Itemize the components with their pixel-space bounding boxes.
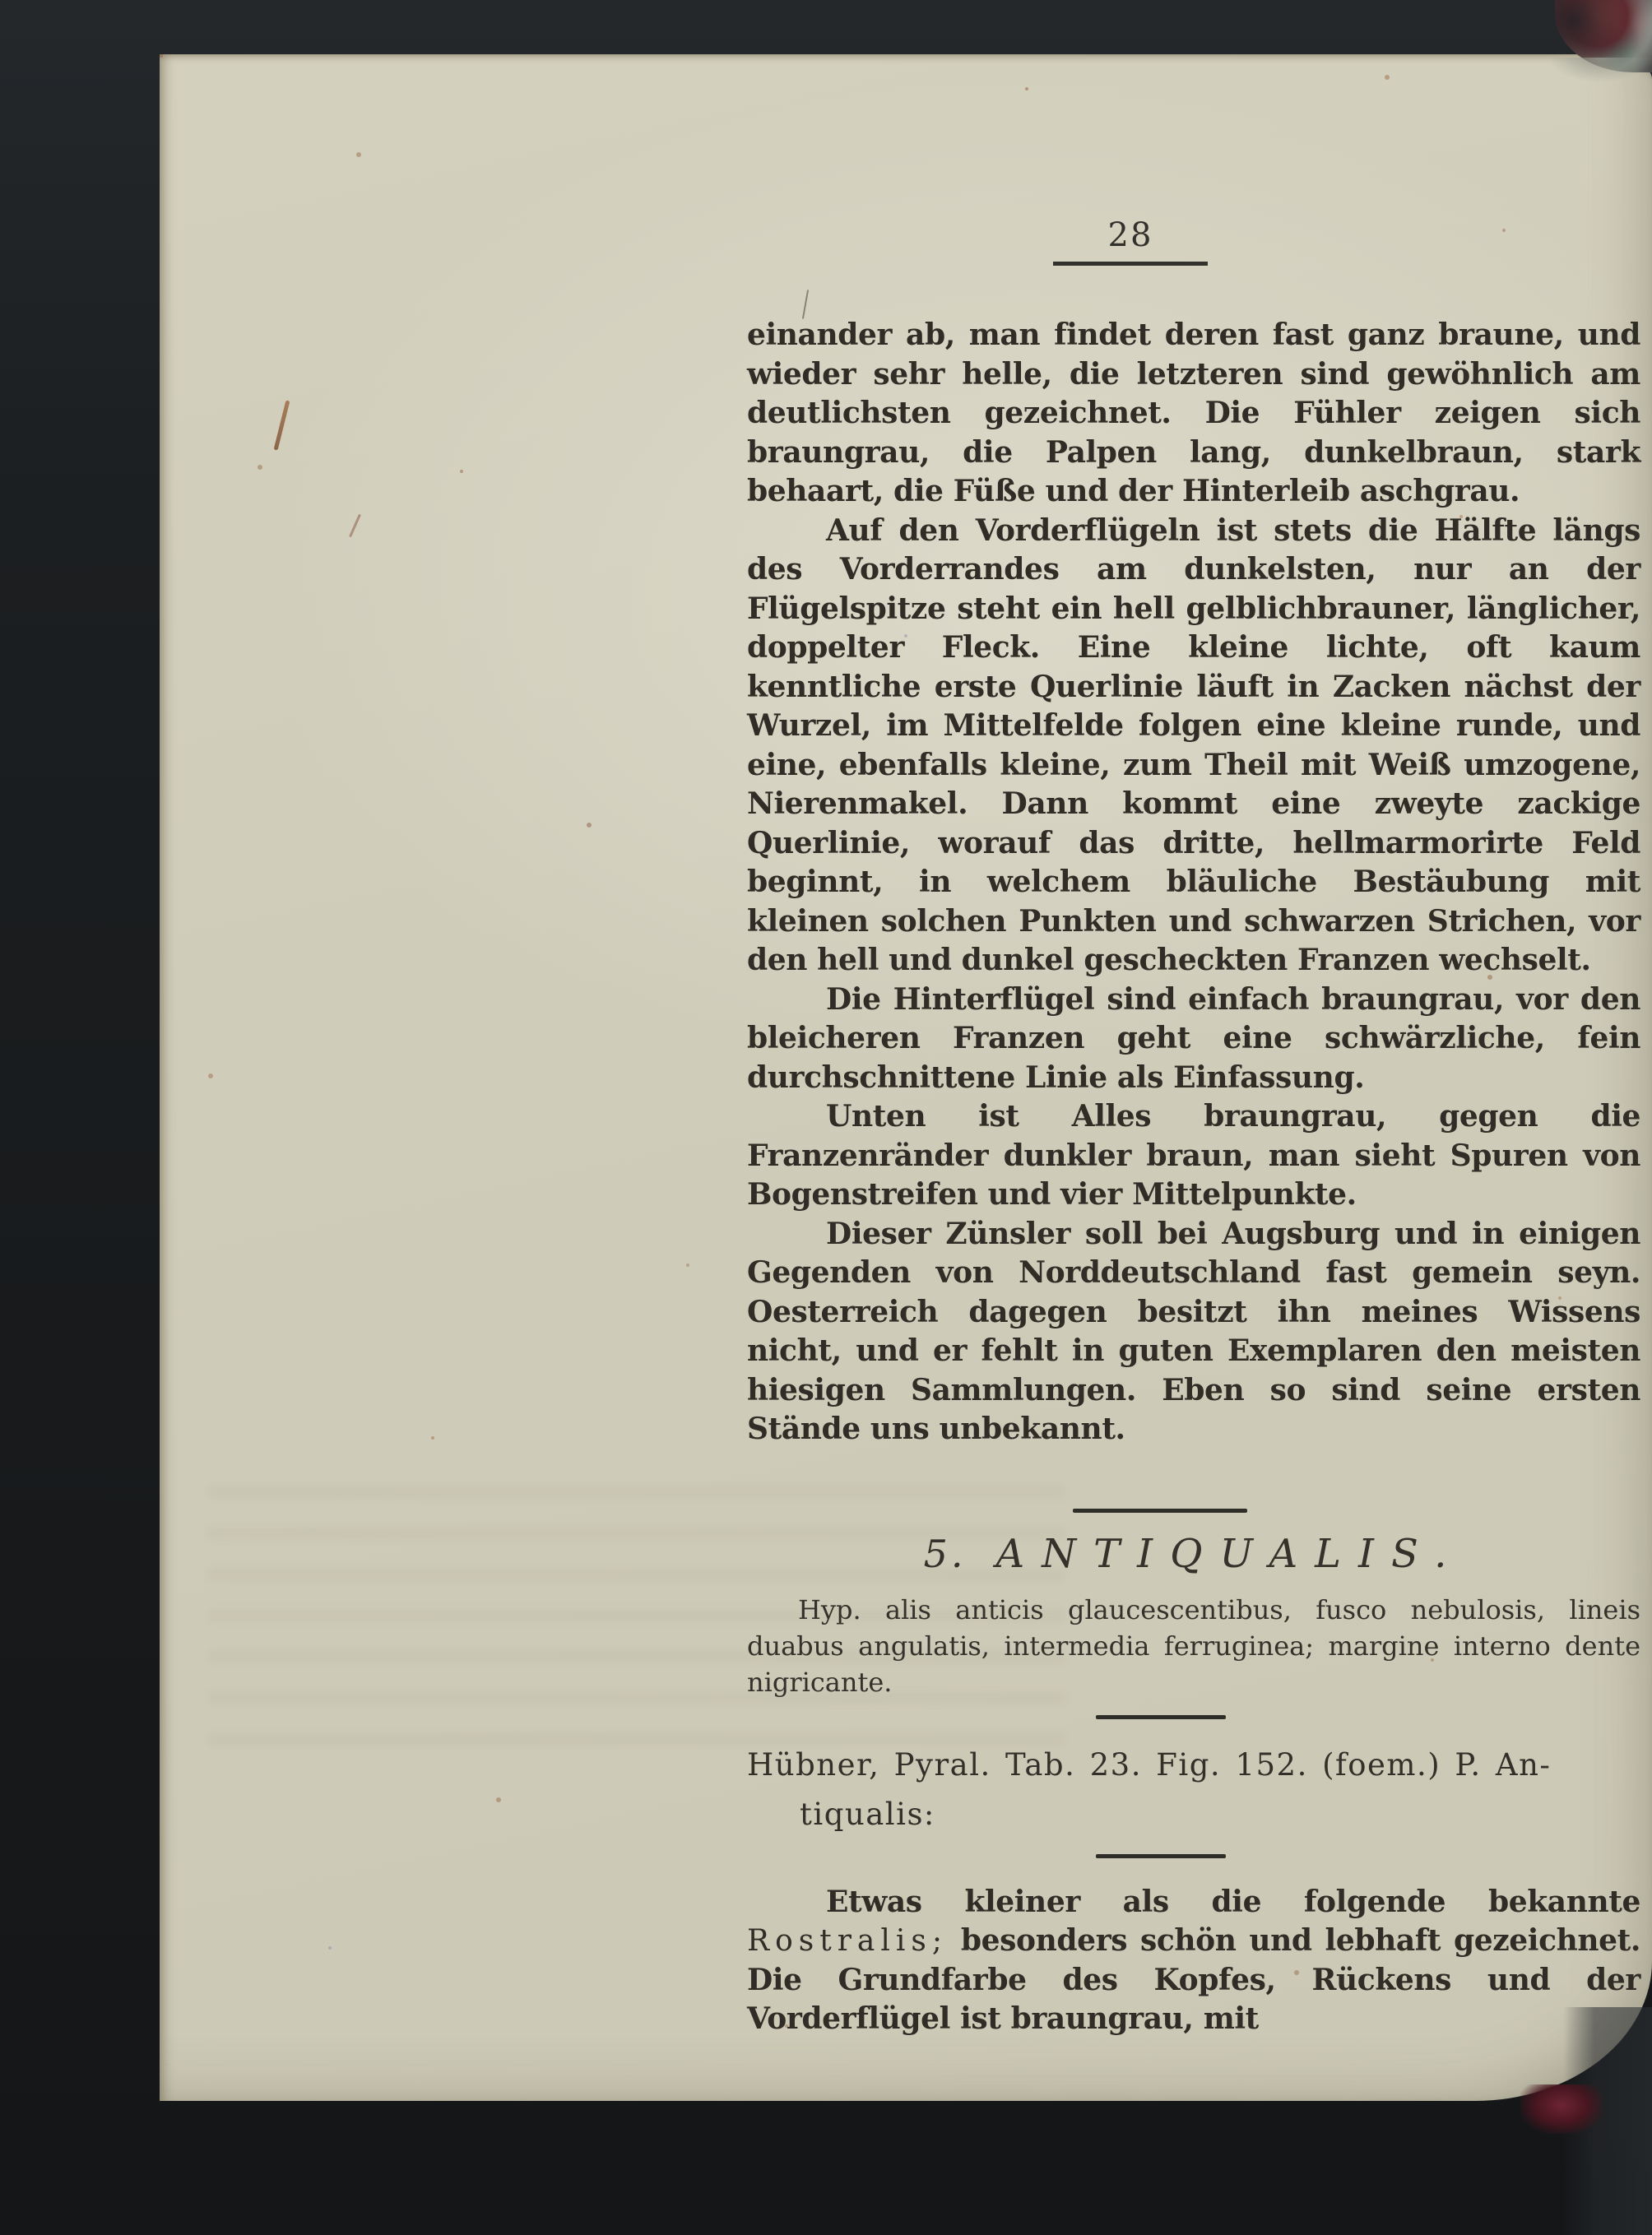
section-number: 5. [924, 1532, 967, 1576]
body-paragraph: Die Hinterflügel sind einfach braungrau,… [747, 981, 1640, 1098]
divider-under-citation [1096, 1854, 1226, 1858]
citation-line: Hübner, Pyral. Tab. 23. Fig. 152. (foem.… [747, 1741, 1640, 1790]
body-paragraph: Auf den Vorderflügeln ist stets die Hälf… [747, 512, 1640, 981]
scan-background: 28 einander ab, man findet deren fast ga… [0, 0, 1652, 2235]
stray-pen-mark [802, 290, 809, 319]
closing-paragraph: Etwas kleiner als die folgende bekannte … [747, 1883, 1640, 2039]
body-paragraph: einander ab, man findet deren fast ganz … [747, 316, 1640, 512]
paper-fiber-mark [349, 514, 361, 538]
citation: Hübner, Pyral. Tab. 23. Fig. 152. (foem.… [747, 1741, 1640, 1839]
divider-under-diagnosis [1096, 1715, 1226, 1719]
body-paragraph: Dieser Zünsler soll bei Augsburg und in … [747, 1215, 1640, 1449]
section-heading: 5.ANTIQUALIS. [747, 1531, 1640, 1577]
latin-diagnosis: Hyp. alis anticis glaucescentibus, fusco… [747, 1592, 1640, 1700]
paper-fiber-mark [274, 400, 290, 450]
book-page: 28 einander ab, man findet deren fast ga… [160, 54, 1652, 2101]
page-number: 28 [1053, 219, 1208, 266]
page-number-value: 28 [1108, 216, 1153, 254]
book-edge-red-glint [1520, 2084, 1603, 2134]
species-name-rostralis: Rostralis; [747, 1924, 948, 1958]
body-paragraph: Unten ist Alles braungrau, gegen die Fra… [747, 1097, 1640, 1215]
section-title: ANTIQUALIS. [995, 1531, 1464, 1577]
text-column: einander ab, man findet deren fast ganz … [747, 316, 1640, 2039]
citation-line: tiqualis: [747, 1790, 1640, 1839]
section-divider-top [1073, 1509, 1247, 1513]
closing-text-start: Etwas kleiner als die folgende bekannte [826, 1885, 1640, 1919]
paper-specks [160, 54, 163, 58]
marbled-book-edge [1555, 0, 1652, 72]
